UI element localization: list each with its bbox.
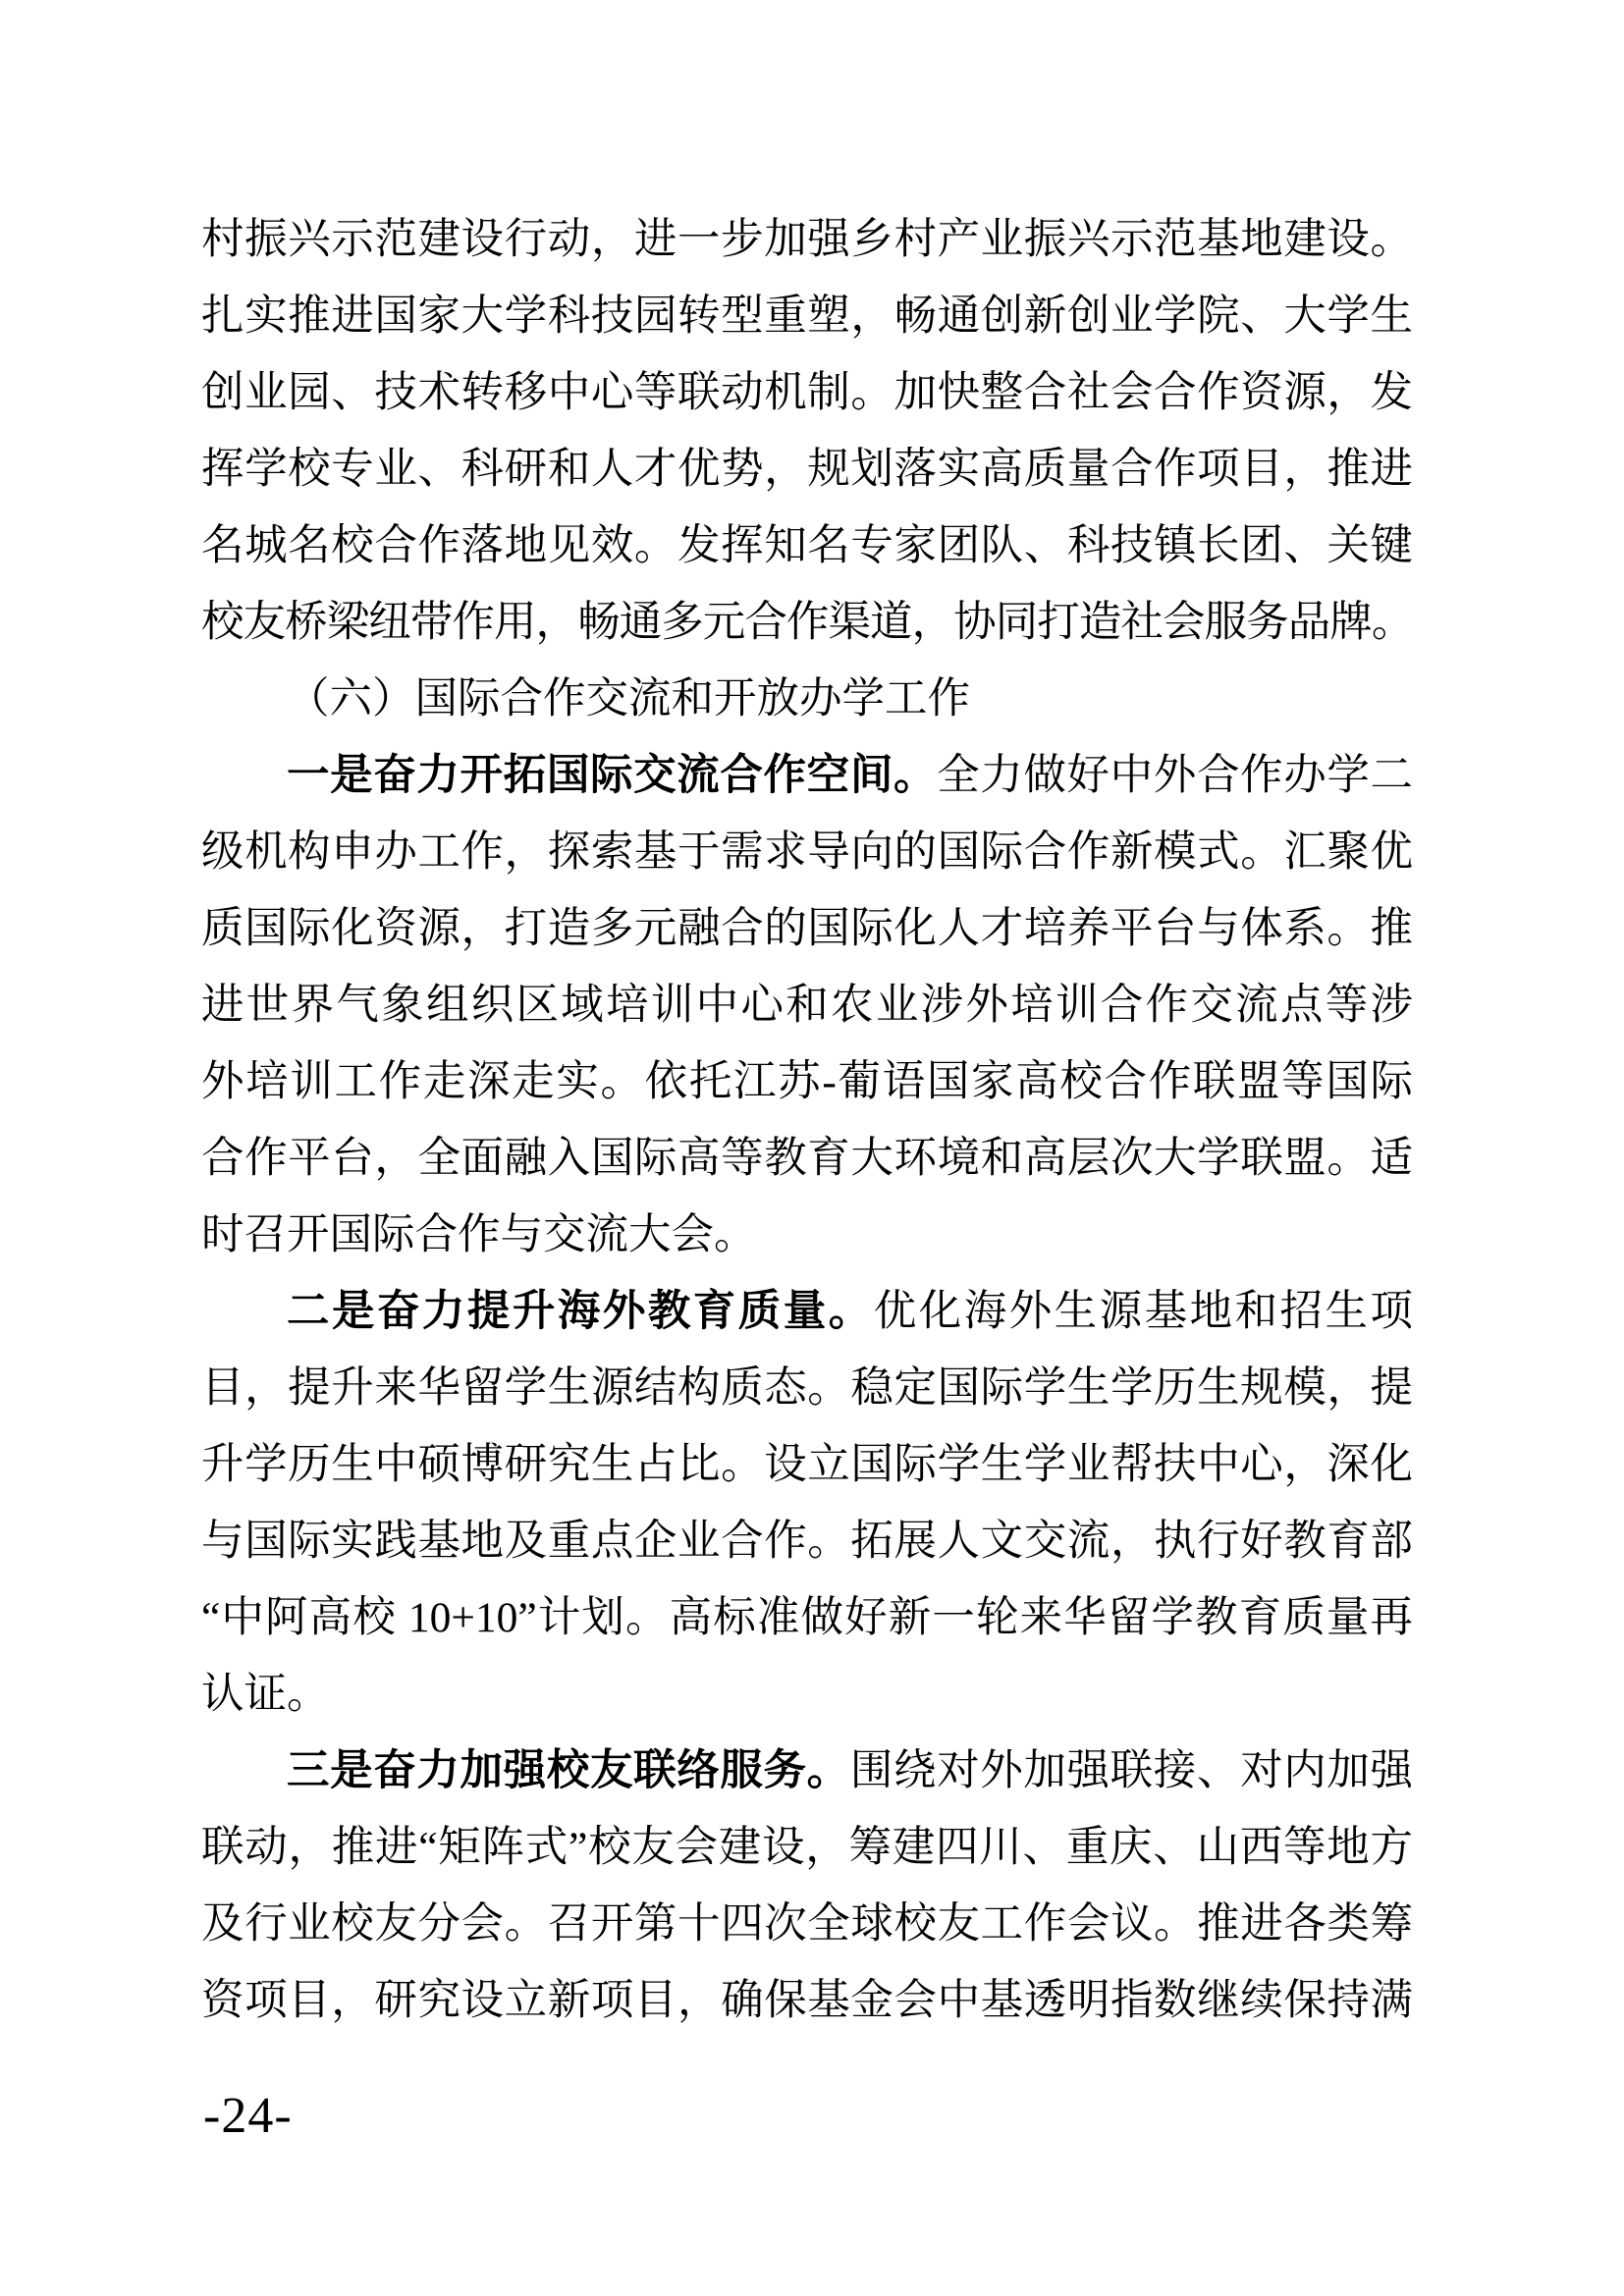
text-run: 扎实推进国家大学科技园转型重塑，畅通创新创业学院、大学生 (201, 293, 1413, 340)
text-run: 村振兴示范建设行动，进一步加强乡村产业振兴示范基地建设。 (201, 216, 1413, 263)
text-line: 名城名校合作落地见效。发挥知名专家团队、科技镇长团、关键 (201, 507, 1413, 584)
text-line: 三是奋力加强校友联络服务。围绕对外加强联接、对内加强 (201, 1733, 1413, 1809)
text-run: 外培训工作走深走实。依托江苏-葡语国家高校合作联盟等国际 (201, 1058, 1413, 1105)
text-line: 与国际实践基地及重点企业合作。拓展人文交流，执行好教育部 (201, 1503, 1413, 1579)
text-run: 进世界气象组织区域培训中心和农业涉外培训合作交流点等涉 (201, 982, 1413, 1029)
text-run: 时召开国际合作与交流大会。 (201, 1211, 757, 1258)
text-line: 认证。 (201, 1656, 1413, 1733)
text-line: 进世界气象组织区域培训中心和农业涉外培训合作交流点等涉 (201, 967, 1413, 1043)
bold-lead-run: 二是奋力提升海外教育质量。 (287, 1288, 874, 1335)
text-run: 联动，推进“矩阵式”校友会建设，筹建四川、重庆、山西等地方 (201, 1824, 1413, 1871)
text-run: 级机构申办工作，探索基于需求导向的国际合作新模式。汇聚优 (201, 828, 1413, 876)
text-line: “中阿高校 10+10”计划。高标准做好新一轮来华留学教育质量再 (201, 1579, 1413, 1656)
text-line: 合作平台，全面融入国际高等教育大环境和高层次大学联盟。适 (201, 1120, 1413, 1197)
text-line: 及行业校友分会。召开第十四次全球校友工作会议。推进各类筹 (201, 1886, 1413, 1962)
text-run: 挥学校专业、科研和人才优势，规划落实高质量合作项目，推进 (201, 446, 1413, 493)
text-line: 资项目，研究设立新项目，确保基金会中基透明指数继续保持满 (201, 1962, 1413, 2039)
text-run: 与国际实践基地及重点企业合作。拓展人文交流，执行好教育部 (201, 1518, 1413, 1565)
text-line: 联动，推进“矩阵式”校友会建设，筹建四川、重庆、山西等地方 (201, 1809, 1413, 1886)
text-run: “中阿高校 10+10”计划。高标准做好新一轮来华留学教育质量再 (201, 1594, 1413, 1641)
document-page: 村振兴示范建设行动，进一步加强乡村产业振兴示范基地建设。扎实推进国家大学科技园转… (0, 0, 1624, 2296)
text-run: 认证。 (201, 1671, 330, 1718)
text-line: 时召开国际合作与交流大会。 (201, 1197, 1413, 1273)
text-run: 目，提升来华留学生源结构质态。稳定国际学生学历生规模，提 (201, 1364, 1413, 1412)
bold-lead-run: 一是奋力开拓国际交流合作空间。 (287, 752, 937, 799)
text-line: 二是奋力提升海外教育质量。优化海外生源基地和招生项 (201, 1273, 1413, 1350)
text-block: 村振兴示范建设行动，进一步加强乡村产业振兴示范基地建设。扎实推进国家大学科技园转… (201, 201, 1413, 2039)
text-run: 校友桥梁纽带作用，畅通多元合作渠道，协同打造社会服务品牌。 (201, 599, 1413, 646)
text-run: 创业园、技术转移中心等联动机制。加快整合社会合作资源，发 (201, 369, 1413, 416)
text-line: 一是奋力开拓国际交流合作空间。全力做好中外合作办学二 (201, 737, 1413, 814)
text-run: 名城名校合作落地见效。发挥知名专家团队、科技镇长团、关键 (201, 522, 1413, 569)
text-run: 全力做好中外合作办学二 (937, 752, 1413, 799)
text-line: 创业园、技术转移中心等联动机制。加快整合社会合作资源，发 (201, 354, 1413, 431)
text-run: 围绕对外加强联接、对内加强 (850, 1747, 1413, 1794)
text-line: 质国际化资源，打造多元融合的国际化人才培养平台与体系。推 (201, 890, 1413, 967)
text-run: 合作平台，全面融入国际高等教育大环境和高层次大学联盟。适 (201, 1135, 1413, 1182)
text-line: 挥学校专业、科研和人才优势，规划落实高质量合作项目，推进 (201, 431, 1413, 507)
text-run: 及行业校友分会。召开第十四次全球校友工作会议。推进各类筹 (201, 1900, 1413, 1948)
bold-lead-run: 三是奋力加强校友联络服务。 (287, 1747, 850, 1794)
text-run: （六）国际合作交流和开放办学工作 (287, 675, 970, 722)
text-run: 升学历生中硕博研究生占比。设立国际学生学业帮扶中心，深化 (201, 1441, 1413, 1488)
text-line: 村振兴示范建设行动，进一步加强乡村产业振兴示范基地建设。 (201, 201, 1413, 278)
text-run: 资项目，研究设立新项目，确保基金会中基透明指数继续保持满 (201, 1977, 1413, 2024)
text-run: 质国际化资源，打造多元融合的国际化人才培养平台与体系。推 (201, 905, 1413, 952)
text-line: 级机构申办工作，探索基于需求导向的国际合作新模式。汇聚优 (201, 814, 1413, 890)
section-heading: （六）国际合作交流和开放办学工作 (201, 661, 1413, 737)
text-line: 升学历生中硕博研究生占比。设立国际学生学业帮扶中心，深化 (201, 1426, 1413, 1503)
text-line: 扎实推进国家大学科技园转型重塑，畅通创新创业学院、大学生 (201, 278, 1413, 354)
page-number: -24- (203, 2089, 293, 2144)
text-run: 优化海外生源基地和招生项 (874, 1288, 1413, 1335)
text-line: 校友桥梁纽带作用，畅通多元合作渠道，协同打造社会服务品牌。 (201, 584, 1413, 661)
text-line: 目，提升来华留学生源结构质态。稳定国际学生学历生规模，提 (201, 1350, 1413, 1426)
text-line: 外培训工作走深走实。依托江苏-葡语国家高校合作联盟等国际 (201, 1043, 1413, 1120)
